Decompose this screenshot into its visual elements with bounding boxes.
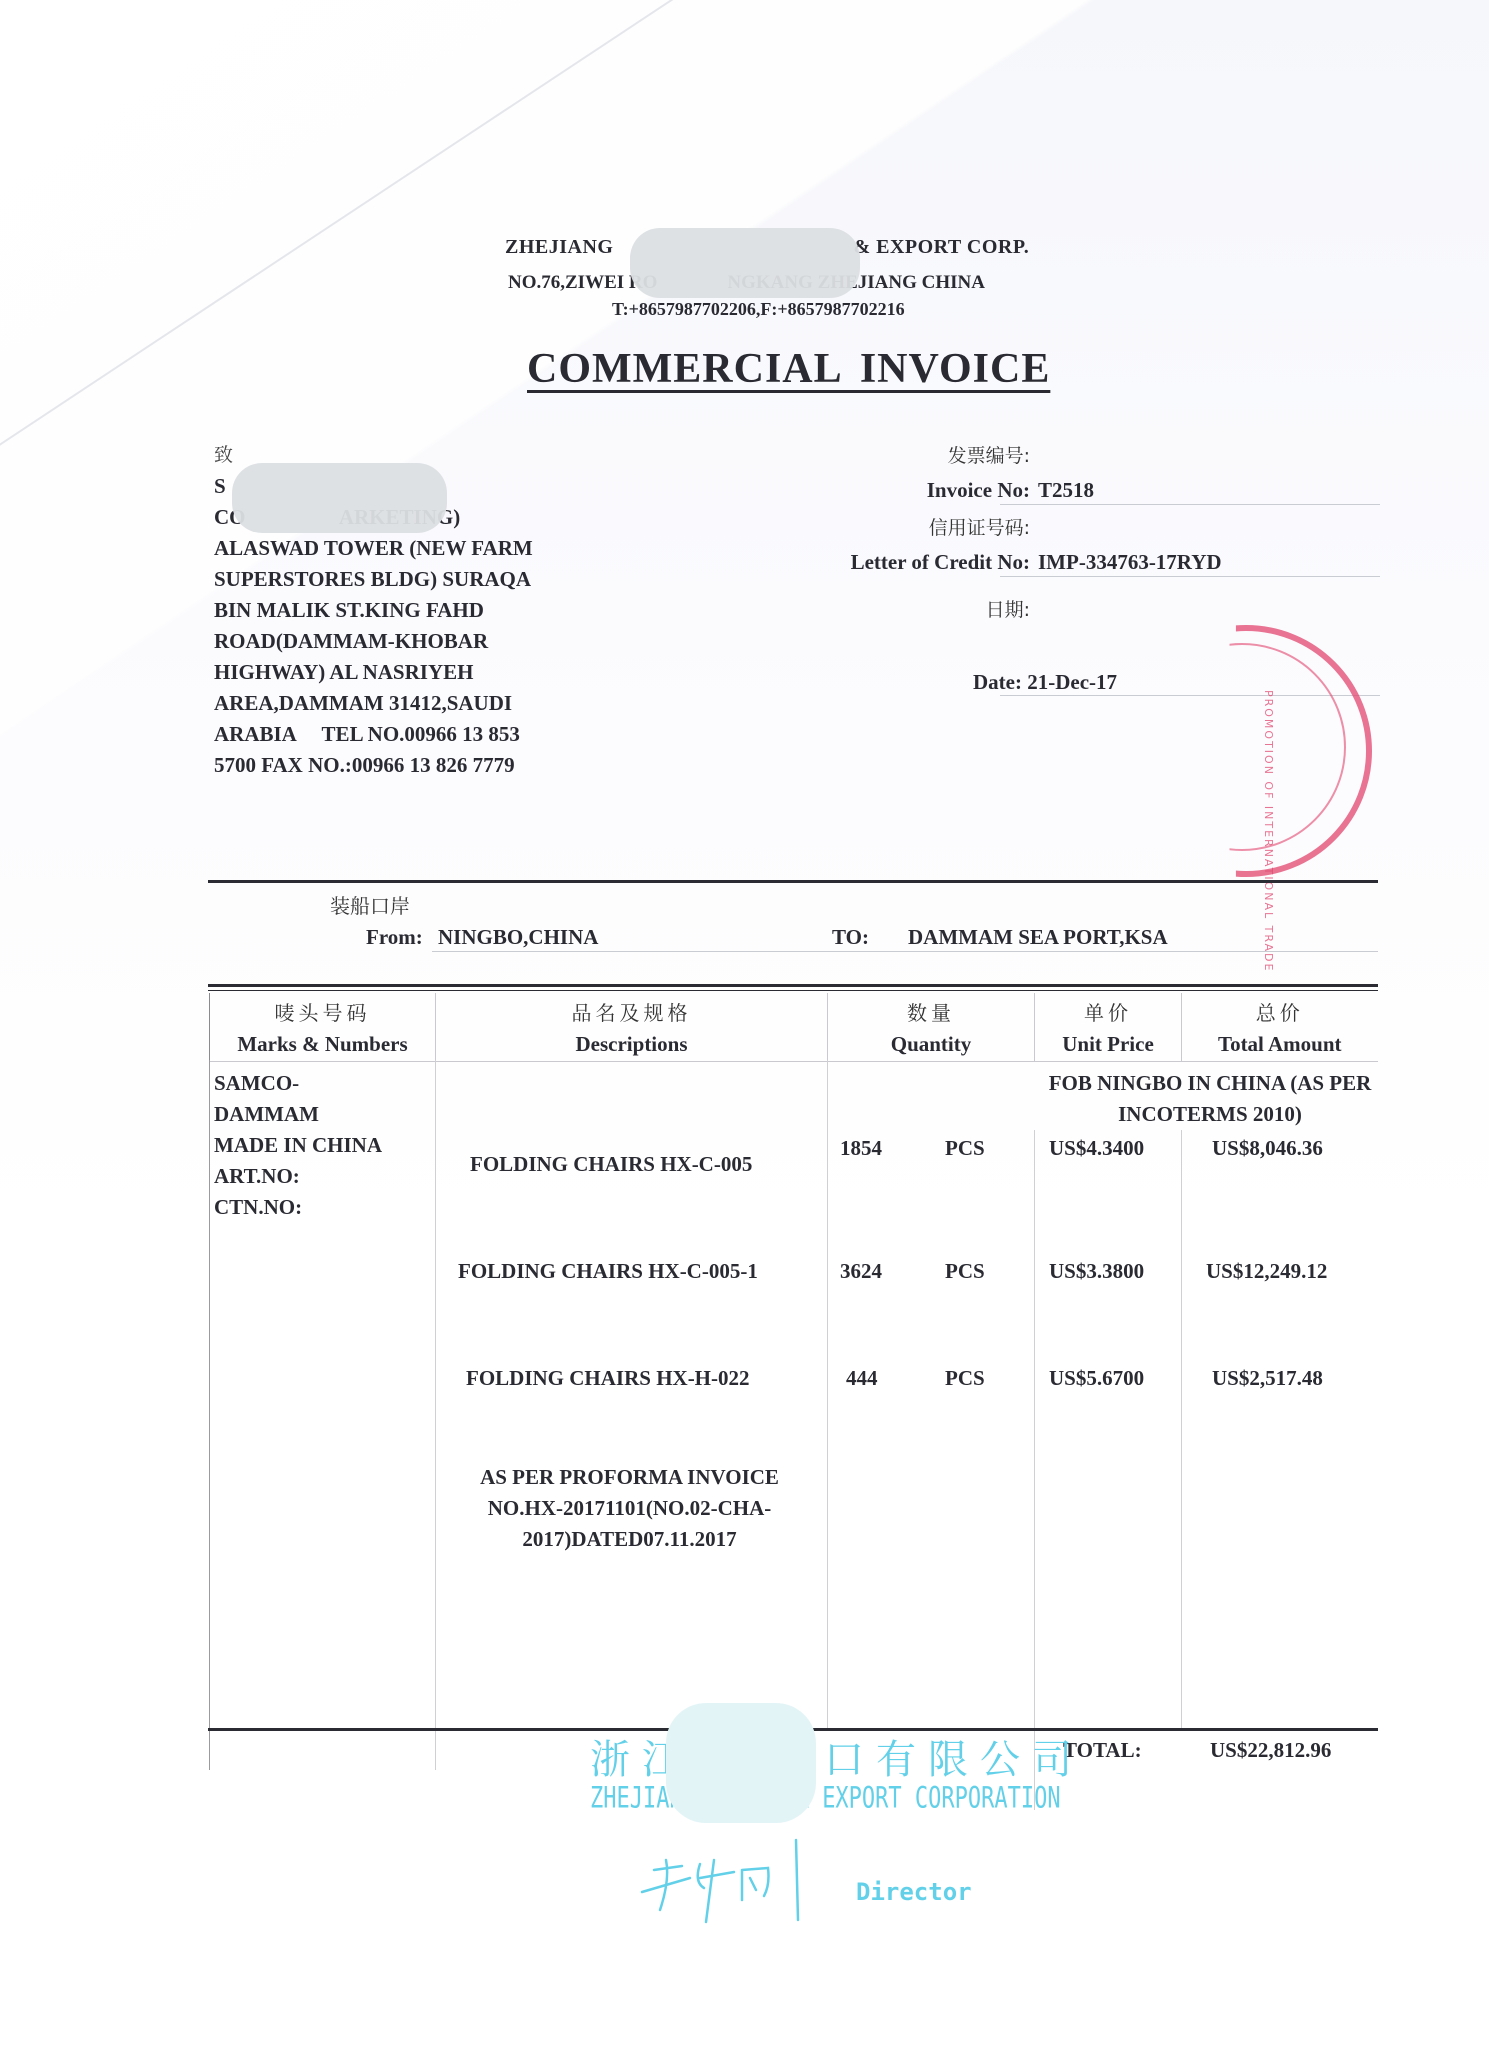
column-line: [209, 1060, 210, 1770]
row-description: FOLDING CHAIRS HX-H-022: [466, 1366, 750, 1391]
company-phone-fax: T:+8657987702206,F:+8657987702216: [612, 299, 905, 320]
row-description: FOLDING CHAIRS HX-C-005: [470, 1152, 752, 1177]
items-table-header: 唛头号码Marks & Numbers 品名及规格Descriptions 数量…: [209, 993, 1378, 1062]
date-label: Date:: [973, 670, 1022, 694]
row-unit-price: US$5.6700: [1049, 1366, 1144, 1391]
column-line: [1181, 1130, 1182, 1730]
proforma-note: AS PER PROFORMA INVOICE NO.HX-20171101(N…: [452, 1462, 807, 1555]
row-amount: US$2,517.48: [1212, 1366, 1323, 1391]
row-qty: 3624: [840, 1259, 882, 1284]
row-description: FOLDING CHAIRS HX-C-005-1: [458, 1259, 758, 1284]
header-unit-price: 单价Unit Price: [1035, 993, 1182, 1062]
header-quantity: 数量Quantity: [828, 993, 1035, 1062]
consignee-line: 5700 FAX NO.:00966 13 826 7779: [214, 750, 634, 781]
port-underline: [432, 951, 1378, 952]
document-title: COMMERCIAL INVOICE: [527, 345, 1050, 393]
consignee-line: ALASWAD TOWER (NEW FARM: [214, 533, 634, 564]
red-seal-text: PROMOTION OF INTERNATIONAL TRADE: [1245, 690, 1275, 972]
redaction-mark: [666, 1703, 816, 1823]
port-label-cn: 装船口岸: [330, 890, 410, 919]
signature-icon: [630, 1830, 840, 1930]
company-chop-en: ZHEJIANG YT& EXPORT CORPORATION: [590, 1782, 1061, 1816]
row-unit: PCS: [945, 1136, 985, 1161]
mark-line: DAMMAM: [214, 1099, 424, 1130]
company-chop-cn: 浙江口有限公司: [590, 1728, 1084, 1785]
mark-line: CTN.NO:: [214, 1192, 424, 1223]
price-terms: FOB NINGBO IN CHINA (AS PER INCOTERMS 20…: [1040, 1068, 1380, 1130]
consignee-line: BIN MALIK ST.KING FAHD: [214, 595, 634, 626]
lc-label: Letter of Credit No:: [730, 550, 1030, 575]
signature-title: Director: [856, 1878, 972, 1906]
total-amount: US$22,812.96: [1210, 1738, 1331, 1763]
section-divider: [208, 880, 1378, 883]
mark-line: SAMCO-: [214, 1068, 424, 1099]
redaction-mark: [630, 228, 860, 298]
consignee-line: AREA,DAMMAM 31412,SAUDI: [214, 688, 634, 719]
row-amount: US$12,249.12: [1206, 1259, 1327, 1284]
consignee-line: ARABIA TEL NO.00966 13 853: [214, 719, 634, 750]
header-total-amount: 总价Total Amount: [1182, 993, 1378, 1062]
from-port: NINGBO,CHINA: [438, 925, 598, 950]
from-label: From:: [366, 925, 423, 950]
header-marks: 唛头号码Marks & Numbers: [210, 993, 436, 1062]
table-top-rule-inner: [208, 990, 1378, 991]
date-label-cn: 日期:: [730, 595, 1030, 622]
row-qty: 1854: [840, 1136, 882, 1161]
to-label: TO:: [832, 925, 869, 950]
shipping-marks: SAMCO-DAMMAMMADE IN CHINAART.NO:CTN.NO:: [214, 1068, 424, 1223]
redaction-mark: [232, 463, 447, 533]
invoice-no-value: T2518: [1038, 478, 1094, 503]
row-unit-price: US$3.3800: [1049, 1259, 1144, 1284]
mark-line: ART.NO:: [214, 1161, 424, 1192]
date-field: Date: 21-Dec-17: [973, 670, 1117, 695]
lc-underline: [1000, 576, 1380, 577]
row-unit: PCS: [945, 1366, 985, 1391]
column-line: [1034, 1130, 1035, 1810]
row-qty: 444: [846, 1366, 878, 1391]
invoice-no-label-cn: 发票编号:: [730, 441, 1030, 468]
consignee-line: SUPERSTORES BLDG) SURAQA: [214, 564, 634, 595]
column-line: [827, 1060, 828, 1730]
invoice-no-label: Invoice No:: [730, 478, 1030, 503]
row-amount: US$8,046.36: [1212, 1136, 1323, 1161]
to-port: DAMMAM SEA PORT,KSA: [908, 925, 1168, 950]
consignee-line: HIGHWAY) AL NASRIYEH: [214, 657, 634, 688]
mark-line: MADE IN CHINA: [214, 1130, 424, 1161]
header-descriptions: 品名及规格Descriptions: [436, 993, 828, 1062]
column-line: [435, 1060, 436, 1770]
invoice-no-underline: [1000, 504, 1380, 505]
row-unit: PCS: [945, 1259, 985, 1284]
date-value: 21-Dec-17: [1027, 670, 1117, 694]
lc-label-cn: 信用证号码:: [730, 513, 1030, 540]
table-top-rule: [208, 984, 1378, 987]
consignee-line: ROAD(DAMMAM-KHOBAR: [214, 626, 634, 657]
row-unit-price: US$4.3400: [1049, 1136, 1144, 1161]
lc-value: IMP-334763-17RYD: [1038, 550, 1222, 575]
